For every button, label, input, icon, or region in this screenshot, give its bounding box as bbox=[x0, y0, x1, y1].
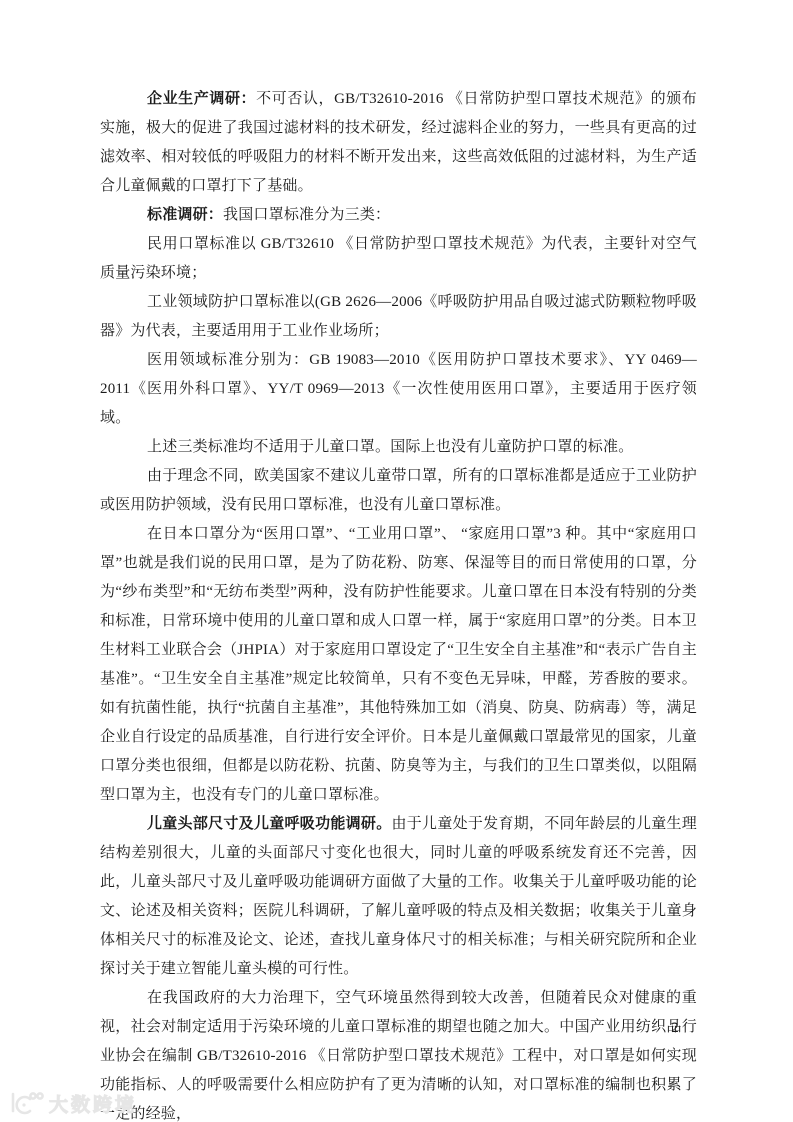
paragraph-text: 上述三类标准均不适用于儿童口罩。国际上也没有儿童防护口罩的标准。 bbox=[147, 439, 633, 455]
paragraph: 企业生产调研：不可否认，GB/T32610-2016 《日常防护型口罩技术规范》… bbox=[100, 85, 697, 201]
paragraph-lead: 企业生产调研： bbox=[147, 91, 256, 107]
paragraph: 在我国政府的大力治理下，空气环境虽然得到较大改善，但随着民众对健康的重视，社会对… bbox=[100, 984, 697, 1122]
paragraph-text: 由于儿童处于发育期，不同年龄层的儿童生理结构差别很大，儿童的头面部尺寸变化也很大… bbox=[100, 816, 697, 977]
paragraph: 儿童头部尺寸及儿童呼吸功能调研。由于儿童处于发育期，不同年龄层的儿童生理结构差别… bbox=[100, 810, 697, 984]
paragraph: 工业领域防护口罩标准以(GB 2626—2006《呼吸防护用品自吸过滤式防颗粒物… bbox=[100, 288, 697, 346]
paragraph-text: 我国口罩标准分为三类： bbox=[223, 207, 390, 223]
paragraph: 医用领域标准分别为：GB 19083—2010《医用防护口罩技术要求》、YY 0… bbox=[100, 346, 697, 433]
paragraph: 标准调研：我国口罩标准分为三类： bbox=[100, 201, 697, 230]
paragraph: 上述三类标准均不适用于儿童口罩。国际上也没有儿童防护口罩的标准。 bbox=[100, 433, 697, 462]
document-page: 企业生产调研：不可否认，GB/T32610-2016 《日常防护型口罩技术规范》… bbox=[0, 0, 793, 1122]
document-body: 企业生产调研：不可否认，GB/T32610-2016 《日常防护型口罩技术规范》… bbox=[100, 85, 697, 1122]
paragraph-text: 由于理念不同，欧美国家不建议儿童带口罩，所有的口罩标准都是适应于工业防护或医用防… bbox=[100, 468, 697, 513]
paragraph: 在日本口罩分为“医用口罩”、“工业用口罩”、 “家庭用口罩”3 种。其中“家庭用… bbox=[100, 520, 697, 810]
paragraph: 民用口罩标准以 GB/T32610 《日常防护型口罩技术规范》为代表，主要针对空… bbox=[100, 230, 697, 288]
paragraph: 由于理念不同，欧美国家不建议儿童带口罩，所有的口罩标准都是适应于工业防护或医用防… bbox=[100, 462, 697, 520]
paragraph-text: 在日本口罩分为“医用口罩”、“工业用口罩”、 “家庭用口罩”3 种。其中“家庭用… bbox=[100, 526, 697, 803]
paragraph-lead: 儿童头部尺寸及儿童呼吸功能调研。 bbox=[147, 816, 391, 832]
smiley-logo-icon bbox=[10, 1091, 44, 1117]
paragraph-text: 医用领域标准分别为：GB 19083—2010《医用防护口罩技术要求》、YY 0… bbox=[100, 352, 697, 426]
paragraph-lead: 标准调研： bbox=[147, 207, 223, 223]
paragraph-text: 民用口罩标准以 GB/T32610 《日常防护型口罩技术规范》为代表，主要针对空… bbox=[100, 236, 697, 281]
page-number: 2 bbox=[660, 1014, 690, 1043]
paragraph-text: 工业领域防护口罩标准以(GB 2626—2006《呼吸防护用品自吸过滤式防颗粒物… bbox=[100, 294, 697, 339]
paragraph-text: 在我国政府的大力治理下，空气环境虽然得到较大改善，但随着民众对健康的重视，社会对… bbox=[100, 990, 697, 1122]
watermark: 大数跨境 bbox=[10, 1090, 137, 1117]
watermark-text: 大数跨境 bbox=[49, 1090, 137, 1117]
